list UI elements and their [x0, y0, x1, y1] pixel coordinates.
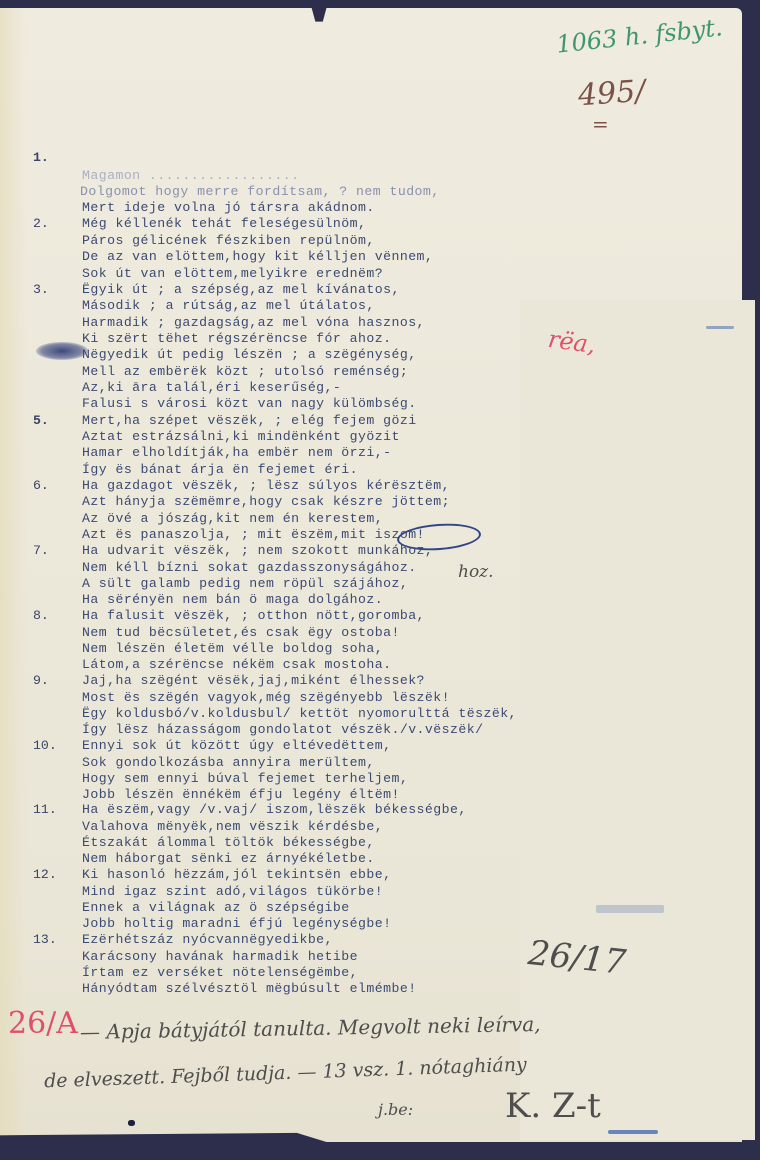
poem-line: Most ës szëgén vagyok,még szëgényebb lës…	[82, 690, 450, 706]
stanza-number: 10.	[33, 738, 57, 753]
ink-smudge	[36, 342, 88, 360]
poem-line: Ha ëszëm,vagy /v.vaj/ iszom,lëszëk békes…	[82, 802, 467, 818]
poem-line: Harmadik ; gazdagság,az mel vóna hasznos…	[82, 315, 425, 331]
stanza-number: 1.	[33, 150, 49, 165]
poem-line-faded: Dolgomot hogy merre fordítsam, ? nem tud…	[80, 184, 440, 200]
poem-line: Nëgyedik út pedig lészën ; a szëgénység,	[82, 347, 417, 363]
margin-mark	[596, 905, 664, 913]
poem-line: Még kéllenék tehát feleségesülnöm,	[82, 216, 366, 232]
correction-hoz: hoz.	[458, 562, 494, 582]
poem-line: Hamar elholdítják,ha embër nem örzi,-	[82, 445, 391, 461]
poem-line: Mind igaz szint adó,világos tükörbe!	[82, 884, 383, 900]
poem-line: Nem tud bëcsületet,és csak ëgy ostoba!	[82, 625, 400, 641]
stanza-number: 6.	[33, 478, 49, 493]
bottom-red-note: 26/A	[8, 1006, 78, 1041]
poem-line: Ki szërt tëhet régszérëncse fór ahoz.	[82, 331, 391, 347]
poem-line: Ki hasonló hëzzám,jól tekintsën ebbe,	[82, 867, 391, 883]
stanza-number: 5.	[33, 413, 49, 428]
poem-line: Jobb holtig maradni éfjú legénységbe!	[82, 916, 391, 932]
poem-line: De az van elöttem,hogy kit kélljen vënne…	[82, 249, 433, 265]
poem-line: Így lësz házasságom gondolatot vészëk./v…	[82, 722, 483, 738]
poem-line: Falusi s városi közt van nagy külömbség.	[82, 396, 417, 412]
poem-line: Ëgyik út ; a szépség,az mel kívánatos,	[82, 282, 400, 298]
poem-line: Mert,ha szépet vëszëk, ; elég fejem gözi	[82, 413, 417, 429]
poem-line: Jaj,ha szëgént vësëk,jaj,miként élhessek…	[82, 673, 425, 689]
stanza-number: 9.	[33, 673, 49, 688]
poem-line: Karácsony havának harmadik hetibe	[82, 949, 358, 965]
poem-line: Jobb lészën ënnékëm éfju legény éltëm!	[82, 787, 400, 803]
poem-line: Ha udvarit vëszëk, ; nem szokott munkáho…	[82, 543, 433, 559]
poem-line: Ennek a világnak az ö szépségibe	[82, 900, 350, 916]
ink-blot	[128, 1120, 135, 1126]
poem-line: Mell az embërëk közt ; utolsó reménség;	[82, 364, 408, 380]
stanza-number: 12.	[33, 867, 57, 882]
blue-stroke	[608, 1130, 658, 1134]
poem-line: Hogy sem ennyi búval fejemet terheljem,	[82, 771, 408, 787]
poem-line: Az övé a jószág,kit nem én kerestem,	[82, 511, 383, 527]
stanza-number: 3.	[33, 282, 49, 297]
poem-line: Második ; a rútság,az mel útálatos,	[82, 298, 375, 314]
stanza-number: 13.	[33, 932, 57, 947]
poem-line: Nem kéll bízni sokat gazdasszonyságához.	[82, 560, 417, 576]
poem-line: Ha falusit vëszëk, ; otthon nött,goromba…	[82, 608, 425, 624]
poem-line: Sok gondolkozásba annyira merültem,	[82, 755, 375, 771]
archive-number-underline: =	[592, 112, 609, 136]
margin-mark	[706, 326, 734, 329]
poem-line: Valahova mënyëk,nem vëszik kérdésbe,	[82, 819, 383, 835]
poem-line: A sült galamb pedig nem röpül szájához,	[82, 576, 408, 592]
poem-line: Aztat estrázsálni,ki mindënként gyözit	[82, 429, 400, 445]
poem-line: Étszakát álommal töltök békességbe,	[82, 835, 375, 851]
poem-line: Azt hányja szëmëmre,hogy csak készre jöt…	[82, 494, 450, 510]
poem-line: Nem lészën életëm vélle boldog soha,	[82, 641, 383, 657]
poem-line-faded: Magamon ..................	[82, 168, 299, 184]
poem-line: Ezërhétszáz nyócvannëgyedikbe,	[82, 932, 333, 948]
poem-line: Nem háborgat sënki ez árnyékéletbe.	[82, 851, 375, 867]
poem-line: Ëgy koldusbó/v.koldusbul/ kettöt nyomoru…	[82, 706, 517, 722]
poem-line: Így ës bánat árja ën fejemet éri.	[82, 462, 358, 478]
poem-line: Mert ideje volna jó társra akádnom.	[82, 200, 375, 216]
poem-line: Ennyi sok út között úgy eltévedëttem,	[82, 738, 391, 754]
signature: K. Z-t	[505, 1086, 601, 1126]
poem-line: Azt ës panaszolja, ; mit ëszëm,mit iszom…	[82, 527, 425, 543]
bottom-note-label: j.be:	[378, 1100, 413, 1119]
poem-line: Látom,a szérëncse nékëm csak mostoha.	[82, 657, 391, 673]
poem-line: Páros gélicének fészkiben repülnöm,	[82, 233, 375, 249]
stanza-number: 11.	[33, 802, 57, 817]
poem-line: Írtam ez verséket nötelenségëmbe,	[82, 965, 358, 981]
poem-line: Sok út van elöttem,melyikre erednëm?	[82, 266, 383, 282]
poem-line: Az,ki āra talál,éri keserűség,-	[82, 380, 341, 396]
stanza-number: 2.	[33, 216, 49, 231]
stanza-number: 7.	[33, 543, 49, 558]
stanza-number: 8.	[33, 608, 49, 623]
poem-line: Hányódtam szélvésztöl mëgbúsult elmémbe!	[82, 981, 417, 997]
poem-line: Ha gazdagot vëszëk, ; lësz súlyos kérësz…	[82, 478, 450, 494]
archive-number-brown: 495/	[577, 74, 647, 114]
poem-line: Ha sërényën nem bán ö maga dolgához.	[82, 592, 383, 608]
document-page-lower-right	[520, 300, 755, 1140]
